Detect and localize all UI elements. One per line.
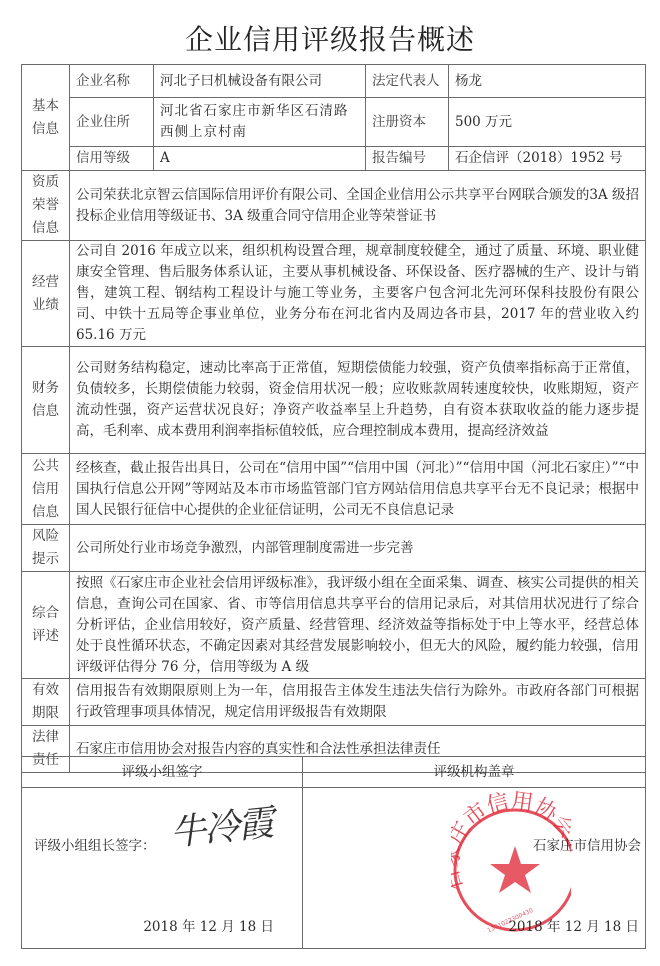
label-line: 评述	[28, 625, 63, 648]
section-financial-info: 财务 信息 公司财务结构稳定，速动比率高于正常值，短期偿债能力较强，资产负债率指…	[22, 347, 646, 454]
label-line: 资质	[28, 171, 63, 194]
team-leader-signature-label: 评级小组组长签字：	[34, 836, 156, 857]
label-line: 提示	[28, 548, 63, 571]
section-public-credit: 公共 信用 信息 经核查，截止报告出具日，公司在“信用中国”“信用中国（河北）”…	[22, 454, 646, 525]
rating-agency-seal-header: 评级机构盖章	[303, 757, 646, 788]
label-line: 法律	[28, 726, 63, 749]
section-risk-warning: 风险 提示 公司所处行业市场竞争激烈，内部管理制度需进一步完善	[22, 525, 646, 572]
registered-capital-value: 500 万元	[449, 98, 646, 147]
section-label: 风险 提示	[22, 525, 70, 572]
basic-info-row-address: 企业住所 河北省石家庄市新华区石清路西侧上京村南 注册资本 500 万元	[22, 98, 646, 147]
address-value: 河北省石家庄市新华区石清路西侧上京村南	[154, 98, 366, 147]
label-line: 财务	[28, 377, 63, 400]
basic-info-row-name: 基本 信息 企业名称 河北子曰机械设备有限公司 法定代表人 杨龙	[22, 65, 646, 98]
label-line: 有效	[28, 679, 63, 702]
section-qualifications: 资质 荣誉 信息 公司荣获北京智云信国际信用评价有限公司、全国企业信用公示共享平…	[22, 171, 646, 241]
section-overall-review: 综合 评述 按照《石家庄市企业社会信用评级标准》，我评级小组在全面采集、调查、核…	[22, 572, 646, 679]
rating-agency-name: 石家庄市信用协会	[533, 836, 641, 857]
section-text: 公司自 2016 年成立以来，组织机构设置合理，规章制度较健全，通过了质量、环境…	[70, 241, 646, 347]
basic-info-row-rating: 信用等级 A 报告编号 石企信评（2018）1952 号	[22, 147, 646, 171]
page-title: 企业信用评级报告概述	[0, 18, 660, 58]
section-text: 经核查，截止报告出具日，公司在“信用中国”“信用中国（河北）”“信用中国（河北石…	[70, 454, 646, 525]
section-label: 综合 评述	[22, 572, 70, 679]
label-line: 业绩	[28, 294, 63, 317]
label-line: 经营	[28, 271, 63, 294]
section-text: 信用报告有效期限原则上为一年，信用报告主体发生违法失信行为除外。市政府各部门可根…	[70, 679, 646, 726]
label-line: 信息	[28, 400, 63, 423]
agency-seal-date: 2018 年 12 月 18 日	[508, 917, 639, 938]
team-signature-cell: 评级小组组长签字： 牛冷霞 2018 年 12 月 18 日	[22, 788, 303, 949]
report-number-value: 石企信评（2018）1952 号	[449, 147, 646, 171]
label-line: 信息	[28, 118, 63, 141]
credit-rating-label: 信用等级	[70, 147, 154, 171]
label-line: 期限	[28, 702, 63, 725]
section-label: 财务 信息	[22, 347, 70, 454]
registered-capital-label: 注册资本	[366, 98, 449, 147]
signature-body-row: 评级小组组长签字： 牛冷霞 2018 年 12 月 18 日 石家庄市信用协会 …	[22, 788, 646, 949]
label-line: 荣誉	[28, 194, 63, 217]
section-text: 公司财务结构稳定，速动比率高于正常值，短期偿债能力较强，资产负债率指标高于正常值…	[70, 347, 646, 454]
legal-rep-value: 杨龙	[449, 65, 646, 98]
team-signature-date: 2018 年 12 月 18 日	[143, 917, 274, 938]
report-number-label: 报告编号	[366, 147, 449, 171]
section-business-performance: 经营 业绩 公司自 2016 年成立以来，组织机构设置合理，规章制度较健全，通过…	[22, 241, 646, 347]
section-text: 公司荣获北京智云信国际信用评价有限公司、全国企业信用公示共享平台网联合颁发的3A…	[70, 171, 646, 241]
rating-team-signature-header: 评级小组签字	[22, 757, 303, 788]
basic-info-label: 基本 信息	[22, 65, 70, 171]
company-name-value: 河北子曰机械设备有限公司	[154, 65, 366, 98]
signature-table: 评级小组签字 评级机构盖章 评级小组组长签字： 牛冷霞 2018 年 12 月 …	[21, 756, 646, 949]
label-line: 公共	[28, 455, 63, 478]
handwritten-signature: 牛冷霞	[169, 813, 273, 845]
report-table: 基本 信息 企业名称 河北子曰机械设备有限公司 法定代表人 杨龙 企业住所 河北…	[21, 64, 646, 773]
label-line: 信用	[28, 478, 63, 501]
address-label: 企业住所	[70, 98, 154, 147]
section-text: 公司所处行业市场竞争激烈，内部管理制度需进一步完善	[70, 525, 646, 572]
legal-rep-label: 法定代表人	[366, 65, 449, 98]
section-label: 公共 信用 信息	[22, 454, 70, 525]
signature-header-row: 评级小组签字 评级机构盖章	[22, 757, 646, 788]
section-validity-period: 有效 期限 信用报告有效期限原则上为一年，信用报告主体发生违法失信行为除外。市政…	[22, 679, 646, 726]
label-line: 综合	[28, 602, 63, 625]
section-label: 有效 期限	[22, 679, 70, 726]
credit-rating-value: A	[154, 147, 366, 171]
label-line: 风险	[28, 525, 63, 548]
section-text: 按照《石家庄市企业社会信用评级标准》，我评级小组在全面采集、调查、核实公司提供的…	[70, 572, 646, 679]
label-line: 信息	[28, 501, 63, 524]
company-name-label: 企业名称	[70, 65, 154, 98]
label-line: 信息	[28, 217, 63, 240]
section-label: 资质 荣誉 信息	[22, 171, 70, 241]
label-line: 基本	[28, 95, 63, 118]
section-label: 经营 业绩	[22, 241, 70, 347]
agency-seal-cell: 石家庄市信用协会 1301022300430 石家庄市信用协会 2018 年 1…	[303, 788, 646, 949]
